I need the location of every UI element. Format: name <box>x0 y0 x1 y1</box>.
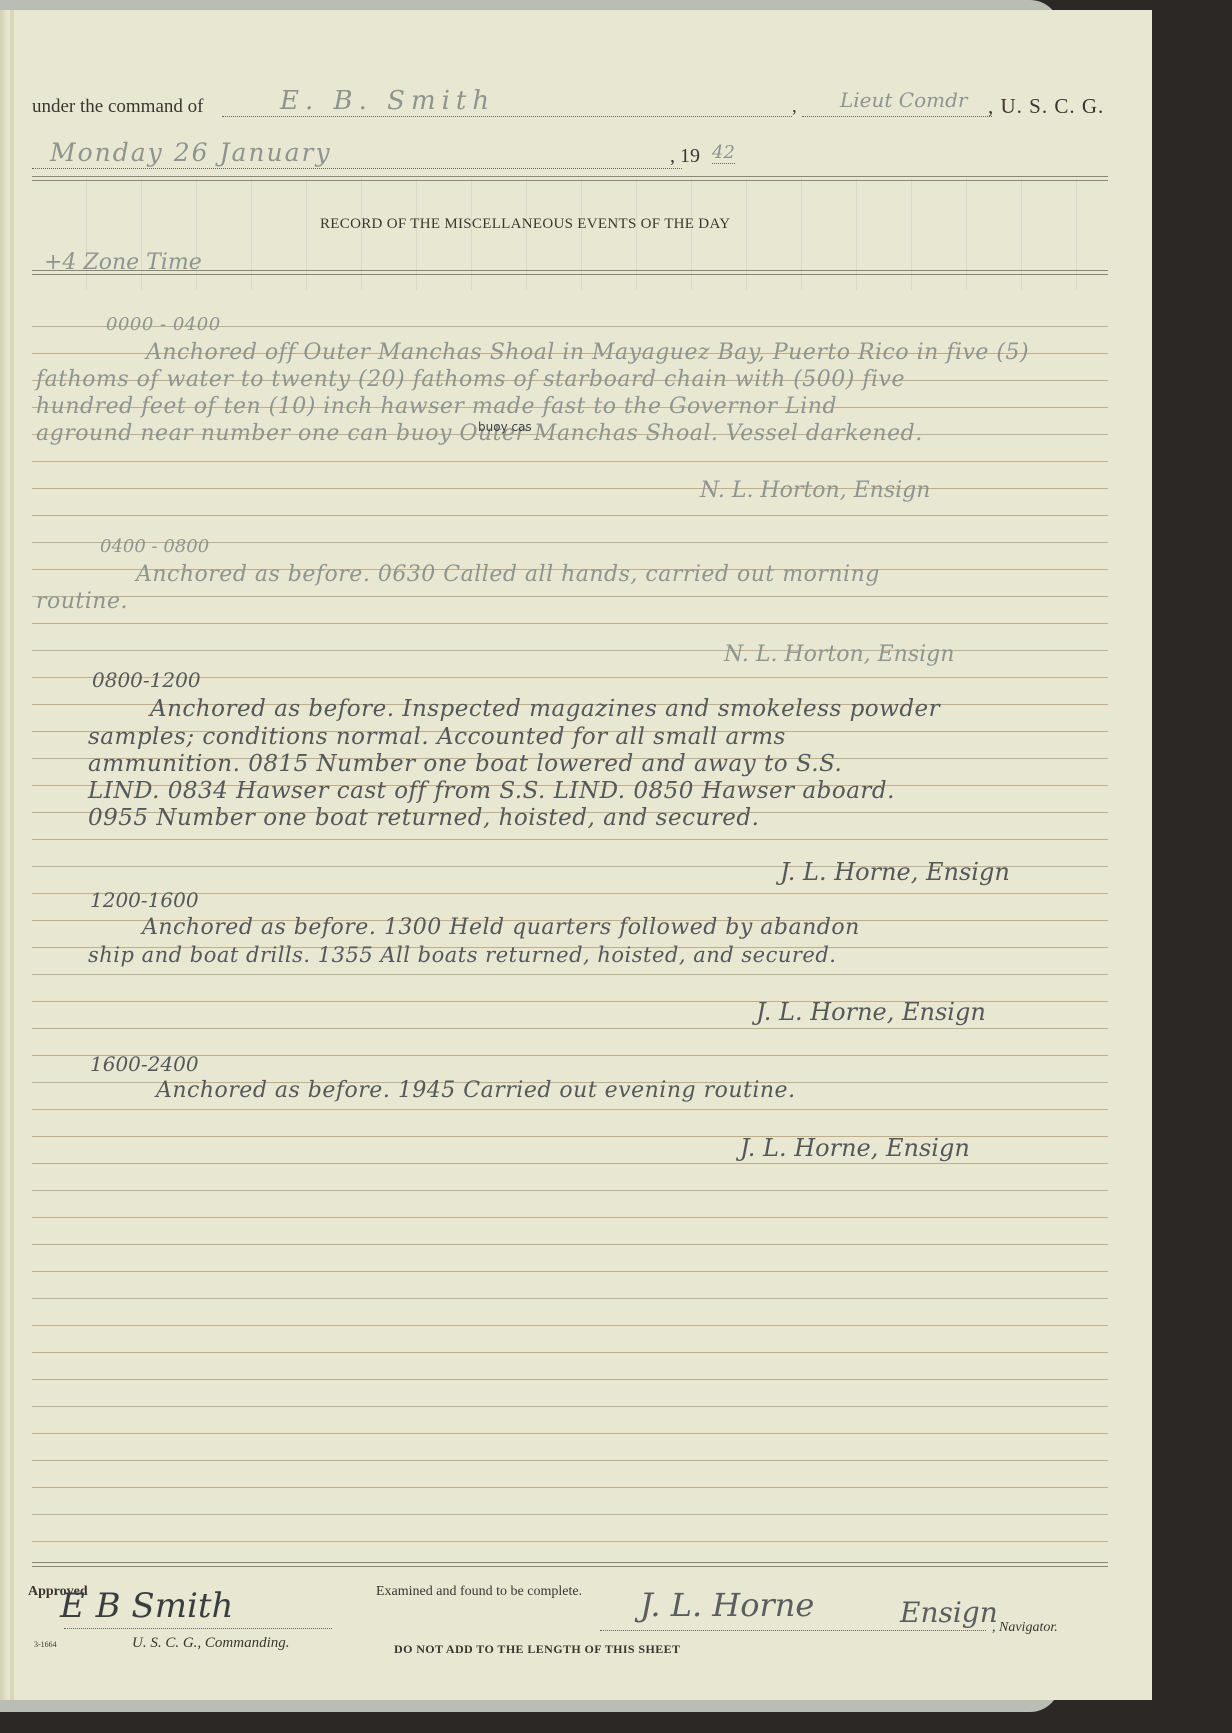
date-dotted-line <box>32 168 682 169</box>
watch-period: 0800-1200 <box>92 668 201 692</box>
sheet-binding-edge <box>10 10 14 1700</box>
watch-signature: J. L. Horne, Ensign <box>740 1134 970 1162</box>
commander-rank: Lieut Comdr <box>840 88 967 112</box>
year-prefix: , 19 <box>670 145 700 168</box>
log-line: Anchored as before. 0630 Called all hand… <box>136 562 880 587</box>
log-line: ammunition. 0815 Number one boat lowered… <box>88 751 842 777</box>
watch-period: 0400 - 0800 <box>100 536 209 557</box>
log-line: ship and boat drills. 1355 All boats ret… <box>88 943 836 967</box>
watch-signature: J. L. Horne, Ensign <box>780 858 1010 886</box>
log-line: Anchored as before. 1945 Carried out eve… <box>156 1078 796 1103</box>
examined-label: Examined and found to be complete. <box>376 1584 582 1600</box>
watch-signature: J. L. Horne, Ensign <box>756 998 986 1026</box>
section-title: RECORD OF THE MISCELLANEOUS EVENTS OF TH… <box>320 216 730 233</box>
watch-period: 0000 - 0400 <box>106 314 221 335</box>
watch-signature: N. L. Horton, Ensign <box>700 478 930 503</box>
log-line: hundred feet of ten (10) inch hawser mad… <box>36 394 837 419</box>
approved-dotted-line <box>64 1628 332 1629</box>
commanding-label: U. S. C. G., Commanding. <box>132 1635 290 1652</box>
log-line: samples; conditions normal. Accounted fo… <box>88 724 786 750</box>
commander-name: E. B. Smith <box>280 86 495 116</box>
log-line: Anchored off Outer Manchas Shoal in Maya… <box>146 340 1029 365</box>
log-line: 0955 Number one boat returned, hoisted, … <box>88 805 759 831</box>
navigator-signature: J. L. Horne <box>640 1586 814 1624</box>
watch-period: 1600-2400 <box>90 1052 199 1076</box>
service-label: , U. S. C. G. <box>988 94 1104 119</box>
command-label: under the command of <box>32 96 203 118</box>
watch-period: 1200-1600 <box>90 888 199 912</box>
watch-signature: N. L. Horton, Ensign <box>724 642 954 667</box>
footer-divider <box>32 1562 1108 1567</box>
date-text: Monday 26 January <box>50 138 332 167</box>
log-line: fathoms of water to twenty (20) fathoms … <box>36 367 905 392</box>
year-suffix: 42 <box>712 142 735 164</box>
length-warning: DO NOT ADD TO THE LENGTH OF THIS SHEET <box>394 1642 680 1657</box>
rank-dotted-line <box>802 116 992 117</box>
navigator-rank: Ensign <box>900 1596 998 1629</box>
log-line: LIND. 0834 Hawser cast off from S.S. LIN… <box>88 778 895 804</box>
log-line: Anchored as before. Inspected magazines … <box>150 696 940 722</box>
navigator-dotted-line <box>600 1630 986 1631</box>
insertion-note: buoy cas <box>478 420 532 434</box>
approved-signature: E B Smith <box>60 1586 233 1626</box>
log-line: routine. <box>36 589 128 614</box>
title-divider <box>32 270 1108 275</box>
form-number: 3-1664 <box>34 1640 57 1649</box>
log-line: Anchored as before. 1300 Held quarters f… <box>142 915 860 940</box>
commander-dotted-line <box>222 116 792 117</box>
navigator-label: , Navigator. <box>992 1620 1058 1636</box>
